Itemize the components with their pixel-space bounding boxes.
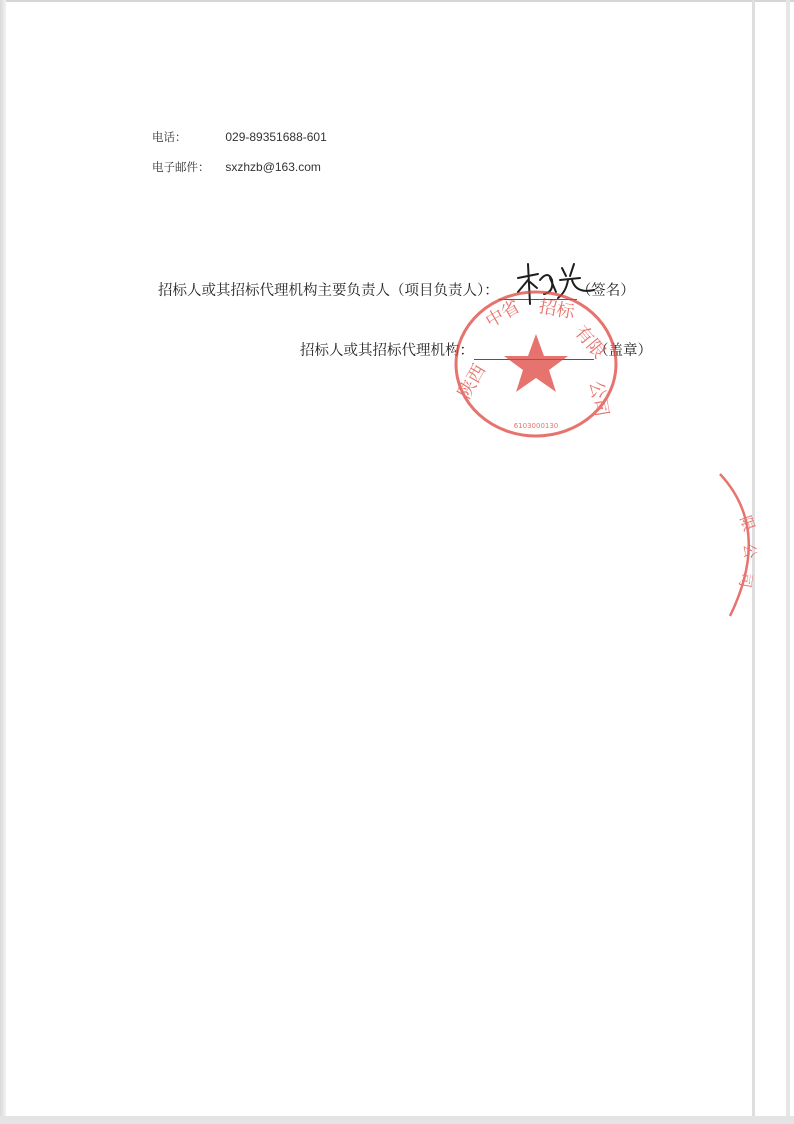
page-edge-line (786, 0, 790, 1118)
page-border-bottom (0, 1116, 794, 1124)
email-value: sxzhzb@163.com (225, 160, 321, 174)
seal-underline (474, 345, 594, 360)
company-seal: 6103000130 陕西 中省 招标 有限 公司 (452, 288, 620, 440)
page-border-left (0, 0, 6, 1124)
svg-text:招标: 招标 (537, 296, 577, 323)
principal-label: 招标人或其招标代理机构主要负责人（项目负责人）： (158, 283, 499, 299)
partial-seal: 限 公 司 (710, 470, 770, 620)
email-label: 电子邮件： (152, 159, 222, 175)
signature-underline (499, 285, 577, 300)
agency-seal-line: 招标人或其招标代理机构：（盖章） (300, 339, 652, 360)
phone-label: 电话： (152, 129, 222, 145)
page-border-top (0, 0, 794, 2)
phone-row: 电话： 029-89351688-601 (152, 129, 327, 145)
email-row: 电子邮件： sxzhzb@163.com (152, 159, 321, 175)
svg-text:6103000130: 6103000130 (514, 422, 559, 430)
principal-signature-line: 招标人或其招标代理机构主要负责人（项目负责人）：（签名） (158, 279, 635, 300)
svg-text:陕西: 陕西 (454, 361, 490, 403)
svg-text:中省: 中省 (482, 296, 524, 332)
agency-suffix: （盖章） (594, 343, 652, 359)
phone-value: 029-89351688-601 (225, 130, 326, 144)
svg-text:公司: 公司 (585, 379, 612, 418)
svg-text:公: 公 (740, 543, 759, 560)
agency-label: 招标人或其招标代理机构： (300, 343, 474, 359)
principal-suffix: （签名） (577, 283, 635, 299)
page-edge-line (752, 0, 755, 1118)
